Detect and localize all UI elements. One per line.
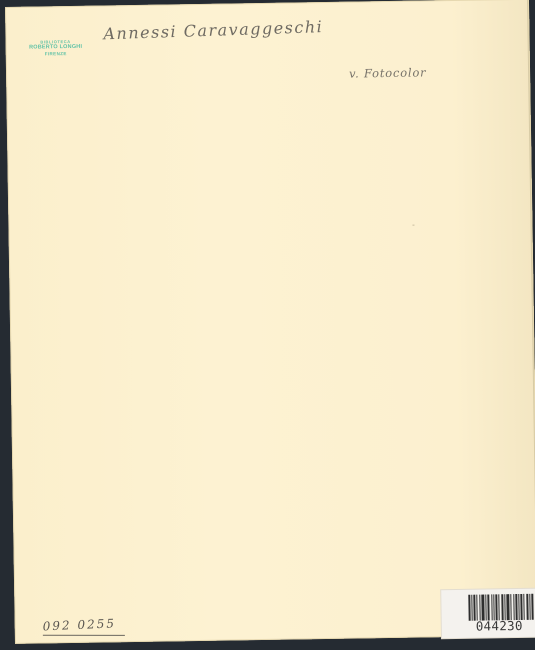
handwritten-title: Annessi Caravaggeschi <box>103 17 323 43</box>
handwritten-reference: v. Fotocolor <box>349 65 427 80</box>
barcode-icon <box>468 594 533 621</box>
handwritten-inventory-number: 092 0255 <box>42 616 116 633</box>
stamp-line-city: FIRENZE <box>20 51 92 58</box>
photo-verso-card: BIBLIOTECA ROBERTO LONGHI FIRENZE Anness… <box>5 0 535 644</box>
barcode-label: 044230 <box>441 589 535 639</box>
inventory-underline <box>43 635 125 636</box>
library-stamp: BIBLIOTECA ROBERTO LONGHI FIRENZE <box>20 39 92 58</box>
barcode-number: 044230 <box>476 618 523 634</box>
paper-speck <box>412 225 414 226</box>
barcode-bar <box>531 594 533 620</box>
